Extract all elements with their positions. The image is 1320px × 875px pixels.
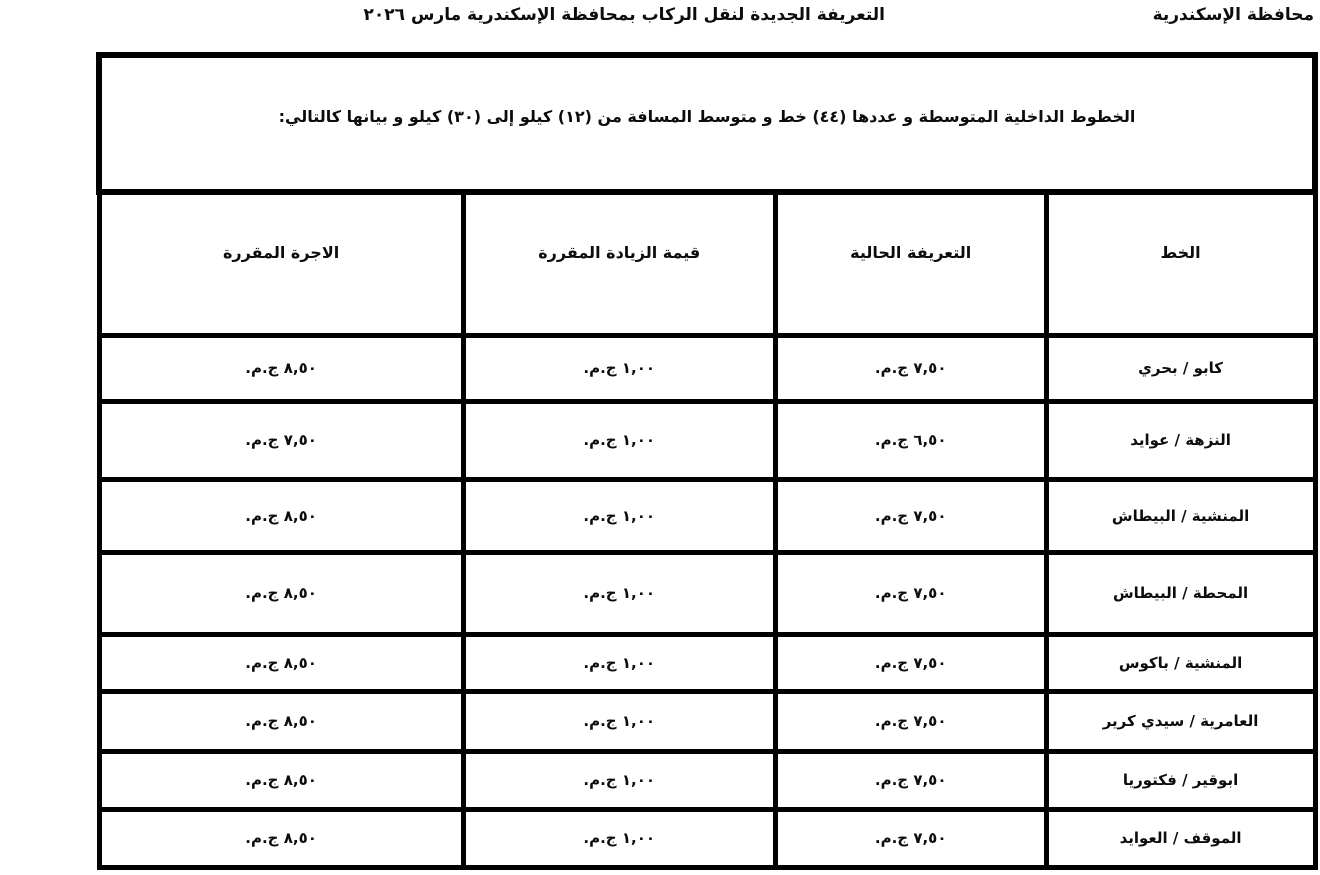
new-fare-cell: ٨,٥٠ ج.م. bbox=[99, 552, 463, 634]
column-header-new-fare: الاجرة المقررة bbox=[99, 192, 463, 335]
increase-cell: ١,٠٠ ج.م. bbox=[463, 335, 775, 401]
new-fare-cell: ٧,٥٠ ج.م. bbox=[99, 401, 463, 479]
line-cell: العامرية / سيدي كرير bbox=[1046, 691, 1315, 751]
increase-cell: ١,٠٠ ج.م. bbox=[463, 634, 775, 691]
table-caption-row: الخطوط الداخلية المتوسطة و عددها (٤٤) خط… bbox=[99, 55, 1315, 192]
line-cell: النزهة / عوايد bbox=[1046, 401, 1315, 479]
table-row: كابو / بحري٧,٥٠ ج.م.١,٠٠ ج.م.٨,٥٠ ج.م. bbox=[99, 335, 1315, 401]
fare-table: الخطوط الداخلية المتوسطة و عددها (٤٤) خط… bbox=[96, 52, 1318, 870]
table-header-row: الخطالتعريفة الحاليةقيمة الزيادة المقررة… bbox=[99, 192, 1315, 335]
current-tariff-cell: ٧,٥٠ ج.م. bbox=[775, 634, 1046, 691]
current-tariff-cell: ٧,٥٠ ج.م. bbox=[775, 479, 1046, 552]
table-row: النزهة / عوايد٦,٥٠ ج.م.١,٠٠ ج.م.٧,٥٠ ج.م… bbox=[99, 401, 1315, 479]
column-header-increase: قيمة الزيادة المقررة bbox=[463, 192, 775, 335]
current-tariff-cell: ٧,٥٠ ج.م. bbox=[775, 691, 1046, 751]
table-caption: الخطوط الداخلية المتوسطة و عددها (٤٤) خط… bbox=[99, 55, 1315, 192]
current-tariff-cell: ٧,٥٠ ج.م. bbox=[775, 809, 1046, 867]
table-row: العامرية / سيدي كرير٧,٥٠ ج.م.١,٠٠ ج.م.٨,… bbox=[99, 691, 1315, 751]
increase-cell: ١,٠٠ ج.م. bbox=[463, 691, 775, 751]
fare-table-body: كابو / بحري٧,٥٠ ج.م.١,٠٠ ج.م.٨,٥٠ ج.م.ال… bbox=[99, 335, 1315, 867]
column-header-current-tariff: التعريفة الحالية bbox=[775, 192, 1046, 335]
governorate-label: محافظة الإسكندرية bbox=[1054, 5, 1314, 25]
table-row: المحطة / البيطاش٧,٥٠ ج.م.١,٠٠ ج.م.٨,٥٠ ج… bbox=[99, 552, 1315, 634]
table-row: المنشية / باكوس٧,٥٠ ج.م.١,٠٠ ج.م.٨,٥٠ ج.… bbox=[99, 634, 1315, 691]
line-cell: المحطة / البيطاش bbox=[1046, 552, 1315, 634]
column-header-line: الخط bbox=[1046, 192, 1315, 335]
document-title: التعريفة الجديدة لنقل الركاب بمحافظة الإ… bbox=[380, 5, 885, 25]
increase-cell: ١,٠٠ ج.م. bbox=[463, 552, 775, 634]
increase-cell: ١,٠٠ ج.م. bbox=[463, 751, 775, 809]
table-row: ابوقير / فكتوريا٧,٥٠ ج.م.١,٠٠ ج.م.٨,٥٠ ج… bbox=[99, 751, 1315, 809]
line-cell: ابوقير / فكتوريا bbox=[1046, 751, 1315, 809]
new-fare-cell: ٨,٥٠ ج.م. bbox=[99, 335, 463, 401]
increase-cell: ١,٠٠ ج.م. bbox=[463, 401, 775, 479]
scanned-fare-document: محافظة الإسكندرية التعريفة الجديدة لنقل … bbox=[0, 0, 1320, 875]
current-tariff-cell: ٦,٥٠ ج.م. bbox=[775, 401, 1046, 479]
new-fare-cell: ٨,٥٠ ج.م. bbox=[99, 751, 463, 809]
increase-cell: ١,٠٠ ج.م. bbox=[463, 809, 775, 867]
current-tariff-cell: ٧,٥٠ ج.م. bbox=[775, 751, 1046, 809]
line-cell: كابو / بحري bbox=[1046, 335, 1315, 401]
line-cell: المنشية / باكوس bbox=[1046, 634, 1315, 691]
table-row: الموقف / العوايد٧,٥٠ ج.م.١,٠٠ ج.م.٨,٥٠ ج… bbox=[99, 809, 1315, 867]
table-row: المنشية / البيطاش٧,٥٠ ج.م.١,٠٠ ج.م.٨,٥٠ … bbox=[99, 479, 1315, 552]
new-fare-cell: ٨,٥٠ ج.م. bbox=[99, 634, 463, 691]
current-tariff-cell: ٧,٥٠ ج.م. bbox=[775, 552, 1046, 634]
new-fare-cell: ٨,٥٠ ج.م. bbox=[99, 479, 463, 552]
current-tariff-cell: ٧,٥٠ ج.م. bbox=[775, 335, 1046, 401]
increase-cell: ١,٠٠ ج.م. bbox=[463, 479, 775, 552]
new-fare-cell: ٨,٥٠ ج.م. bbox=[99, 691, 463, 751]
line-cell: الموقف / العوايد bbox=[1046, 809, 1315, 867]
new-fare-cell: ٨,٥٠ ج.م. bbox=[99, 809, 463, 867]
line-cell: المنشية / البيطاش bbox=[1046, 479, 1315, 552]
